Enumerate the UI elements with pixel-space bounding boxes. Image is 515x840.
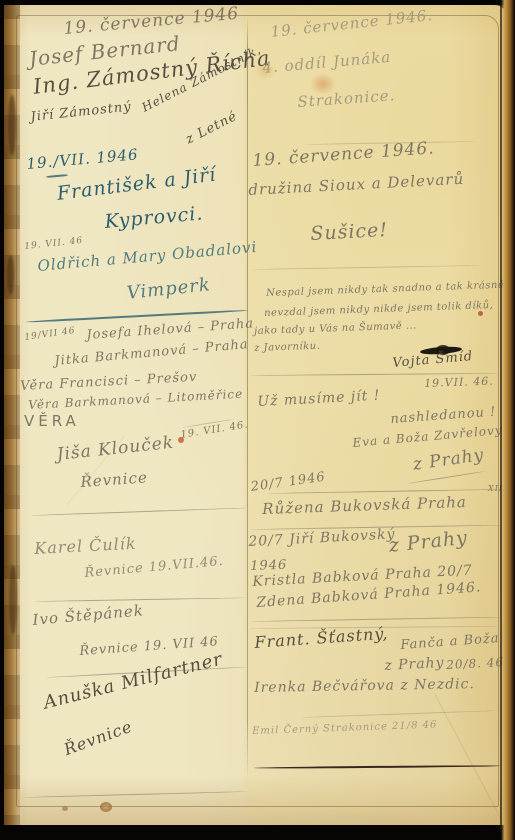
column-divider [247, 17, 248, 779]
guestbook-page-scan: 19. července 1946 Josef Bernard Ing. Zám… [0, 0, 515, 840]
paper: 19. července 1946 Josef Bernard Ing. Zám… [4, 5, 507, 825]
book-edge-line [500, 4, 502, 832]
entry-date: 19.VII. 46. [424, 376, 494, 389]
entry-signature: VĚRA [24, 414, 80, 429]
entry-place: Sušice! [310, 221, 388, 244]
entry-date: 1946 [250, 559, 288, 573]
edge-stain [7, 255, 14, 295]
entry-place: z Prahy [384, 656, 445, 673]
edge-stain [8, 95, 16, 155]
entry-signature: Irenka Bečvářova z Nezdic. [254, 677, 475, 695]
right-gilt-edge [501, 0, 515, 840]
